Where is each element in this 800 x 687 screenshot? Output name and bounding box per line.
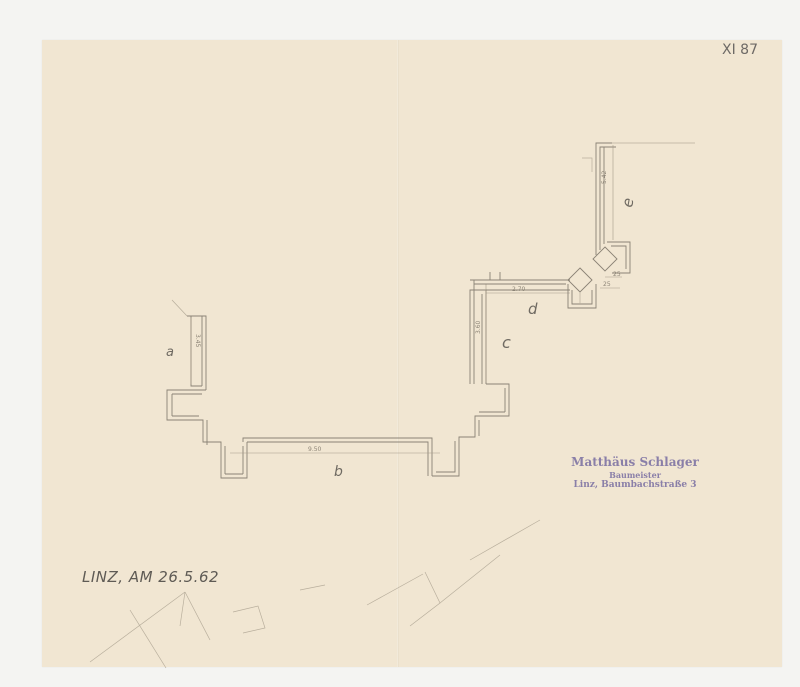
dim-c: 3.60 (475, 320, 482, 334)
construction-lines (90, 520, 540, 668)
right-wing (432, 272, 570, 476)
architect-stamp: Matthäus Schlager Baumeister Linz, Baumb… (560, 455, 710, 491)
dim-small-2: 25 (603, 281, 611, 288)
bay-windows (568, 242, 630, 308)
dim-b: 9.50 (308, 446, 322, 453)
stamp-name: Matthäus Schlager (560, 455, 710, 470)
dim-small-1: 25 (613, 271, 621, 278)
catalog-number: XI 87 (722, 42, 758, 58)
label-e: e (618, 196, 637, 208)
left-wing (167, 300, 247, 478)
label-a: a (166, 345, 174, 360)
label-d: d (528, 300, 538, 318)
dim-a: 3.45 (194, 334, 201, 348)
dateline: LINZ, AM 26.5.62 (82, 568, 219, 586)
stamp-title: Baumeister (560, 470, 710, 480)
stamp-address: Linz, Baumbachstraße 3 (560, 480, 710, 491)
label-c: c (502, 333, 511, 352)
drawing-labels: a 3.45 9.50 b c 3.60 2.70 d e 5.42 25 25 (166, 170, 638, 480)
dim-e: 5.42 (601, 170, 608, 184)
top-right-wall (582, 143, 695, 255)
label-b: b (334, 464, 343, 480)
dim-d: 2.70 (512, 286, 526, 293)
